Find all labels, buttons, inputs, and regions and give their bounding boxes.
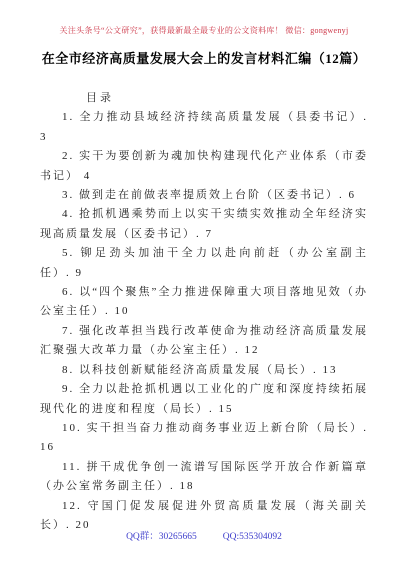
toc-item: 7. 强化改革担当践行改革使命为推动经济高质量发展汇聚强大改革力量（办公室主任）… bbox=[40, 322, 368, 361]
toc-item: 6. 以“四个聚焦”全力推进保障重大项目落地见效（办公室主任）. 10 bbox=[40, 283, 368, 322]
toc-item-list: 1. 全力推动县域经济持续高质量发展（县委书记）. 32. 实干为要创新为魂加快… bbox=[40, 108, 368, 535]
table-of-contents: 目录 1. 全力推动县域经济持续高质量发展（县委书记）. 32. 实干为要创新为… bbox=[40, 89, 368, 535]
toc-item: 11. 拼干成优争创一流谱写国际医学开放合作新篇章（办公室常务副主任）. 18 bbox=[40, 458, 368, 497]
toc-item: 3. 做到走在前做表率提质效上台阶（区委书记）. 6 bbox=[40, 186, 368, 205]
toc-heading: 目录 bbox=[40, 89, 368, 108]
document-page: 关注头条号“公文研究”，获得最新最全最专业的公文资料库！ 微信：gongweny… bbox=[0, 0, 408, 580]
toc-item: 8. 以科技创新赋能经济高质量发展（局长）. 13 bbox=[40, 361, 368, 380]
header-promo-notice: 关注头条号“公文研究”，获得最新最全最专业的公文资料库！ 微信：gongweny… bbox=[40, 25, 368, 37]
toc-item: 10. 实干担当奋力推动商务事业迈上新台阶（局长）. 16 bbox=[40, 419, 368, 458]
toc-item: 1. 全力推动县域经济持续高质量发展（县委书记）. 3 bbox=[40, 108, 368, 147]
toc-item: 2. 实干为要创新为魂加快构建现代化产业体系（市委书记） 4 bbox=[40, 147, 368, 186]
document-title: 在全市经济高质量发展大会上的发言材料汇编（12篇） bbox=[40, 50, 368, 68]
footer-contact-line: QQ群：30265665QQ:535304092 bbox=[0, 531, 408, 543]
qq-group-number: QQ群：30265665 bbox=[126, 532, 197, 542]
qq-number: QQ:535304092 bbox=[223, 532, 282, 542]
toc-item: 5. 铆足劲头加油干全力以赴向前赶（办公室副主任）. 9 bbox=[40, 244, 368, 283]
toc-item: 12. 守国门促发展促进外贸高质量发展（海关副关长）. 20 bbox=[40, 497, 368, 536]
toc-item: 4. 抢抓机遇乘势而上以实干实绩实效推动全年经济实现高质量发展（区委书记）. 7 bbox=[40, 205, 368, 244]
toc-item: 9. 全力以赴抢抓机遇以工业化的广度和深度持续拓展现代化的进度和程度（局长）. … bbox=[40, 380, 368, 419]
